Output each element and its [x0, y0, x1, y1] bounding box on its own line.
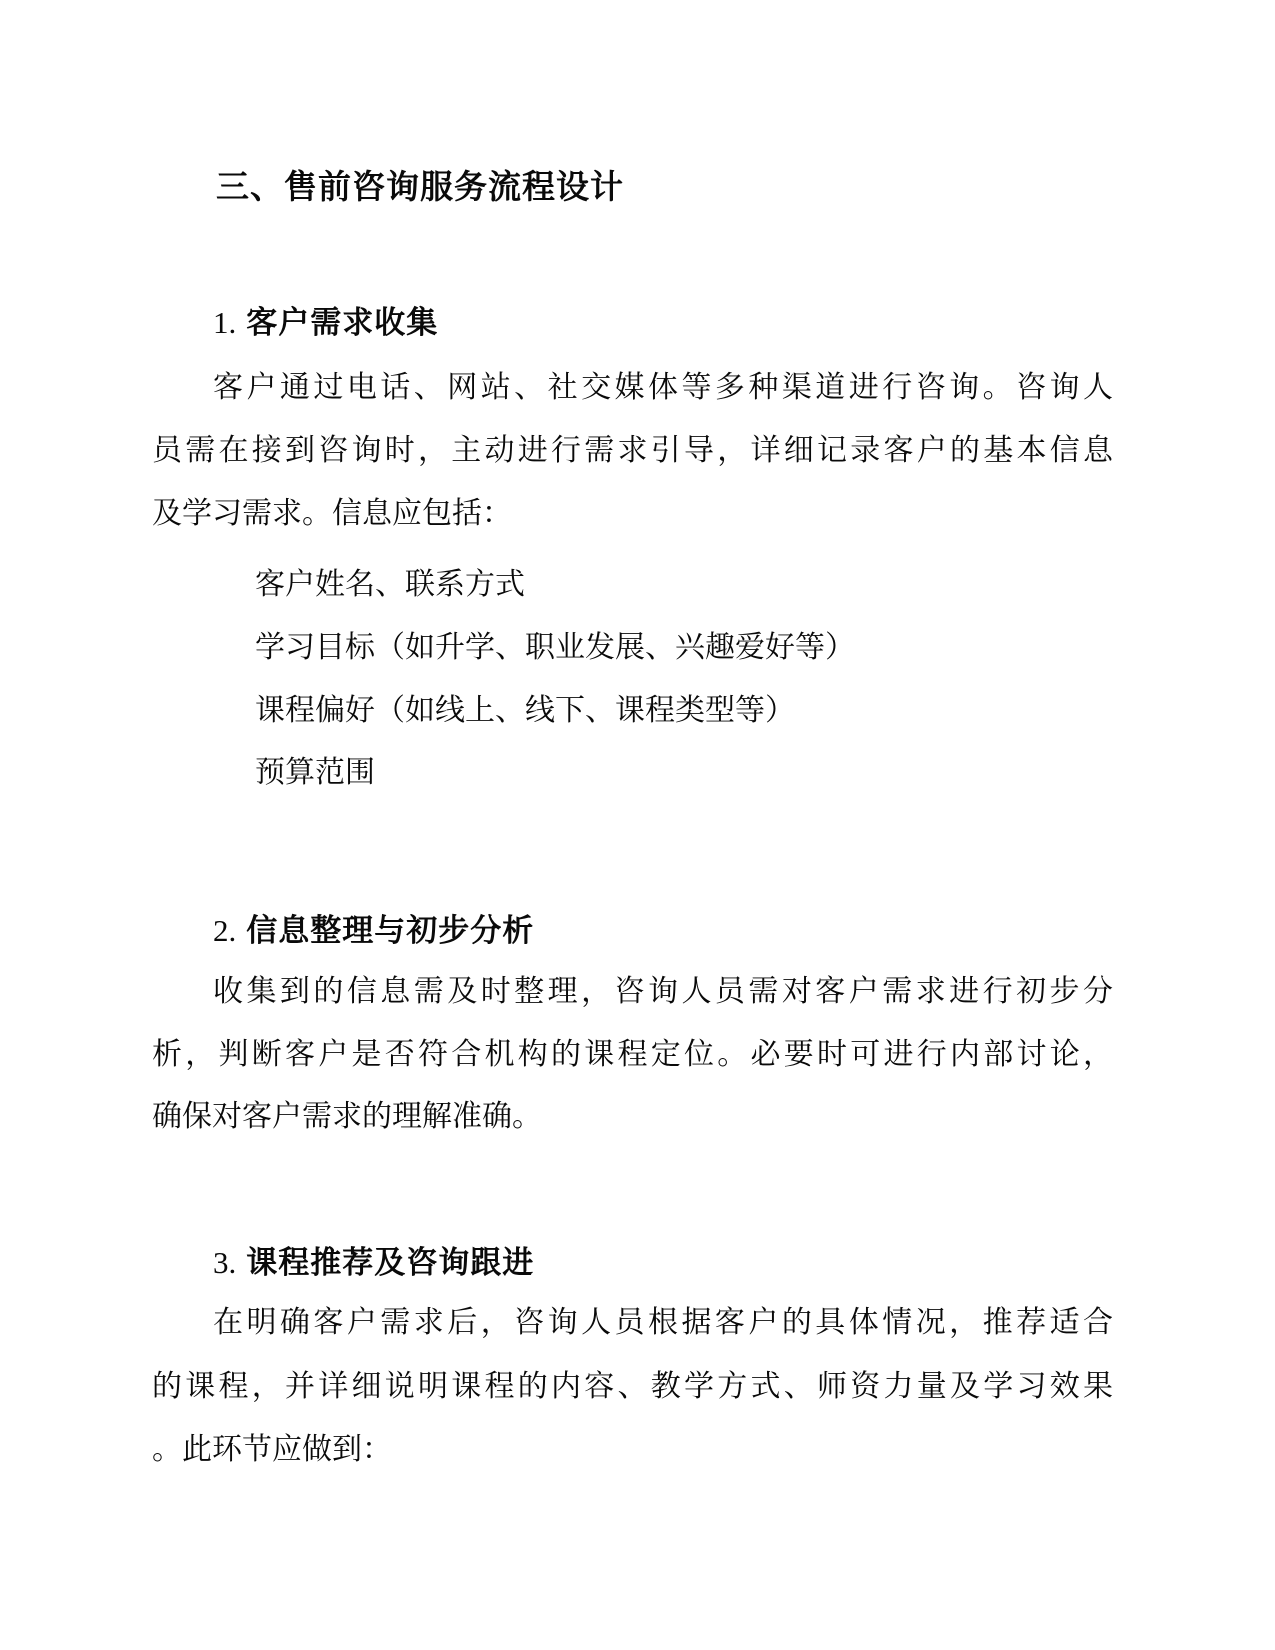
section-2-heading: 2.信息整理与初步分析 — [213, 911, 534, 951]
section-1-number: 1. — [213, 305, 236, 340]
document-page: 三、售前咨询服务流程设计 1.客户需求收集 客户通过电话、网站、社交媒体等多种渠… — [0, 0, 1275, 1650]
section-2-heading-text: 信息整理与初步分析 — [246, 913, 534, 948]
list-item: 客户姓名、联系方式 — [255, 566, 525, 604]
section-3-heading-text: 课程推荐及咨询跟进 — [246, 1245, 534, 1280]
paragraph-line: 确保对客户需求的理解准确。 — [152, 1098, 1113, 1136]
paragraph-line: 员需在接到咨询时，主动进行需求引导，详细记录客户的基本信息 — [152, 432, 1113, 470]
section-3-heading: 3.课程推荐及咨询跟进 — [213, 1243, 534, 1283]
paragraph-line: 析，判断客户是否符合机构的课程定位。必要时可进行内部讨论， — [152, 1036, 1113, 1074]
section-1-heading: 1.客户需求收集 — [213, 303, 438, 343]
section-2-number: 2. — [213, 913, 236, 948]
paragraph-line: 在明确客户需求后，咨询人员根据客户的具体情况，推荐适合 — [152, 1304, 1113, 1342]
paragraph-line: 及学习需求。信息应包括： — [152, 495, 1113, 533]
section-1-heading-text: 客户需求收集 — [246, 305, 438, 340]
paragraph-line: 客户通过电话、网站、社交媒体等多种渠道进行咨询。咨询人 — [152, 369, 1113, 407]
paragraph-line: 收集到的信息需及时整理，咨询人员需对客户需求进行初步分 — [152, 973, 1113, 1011]
list-item: 预算范围 — [255, 754, 375, 792]
list-item: 学习目标（如升学、职业发展、兴趣爱好等） — [255, 629, 855, 667]
paragraph-line: 的课程，并详细说明课程的内容、教学方式、师资力量及学习效果 — [152, 1368, 1113, 1406]
list-item: 课程偏好（如线上、线下、课程类型等） — [255, 692, 795, 730]
section-3-number: 3. — [213, 1245, 236, 1280]
paragraph-line: 。此环节应做到： — [152, 1431, 1113, 1469]
document-title: 三、售前咨询服务流程设计 — [216, 167, 624, 209]
